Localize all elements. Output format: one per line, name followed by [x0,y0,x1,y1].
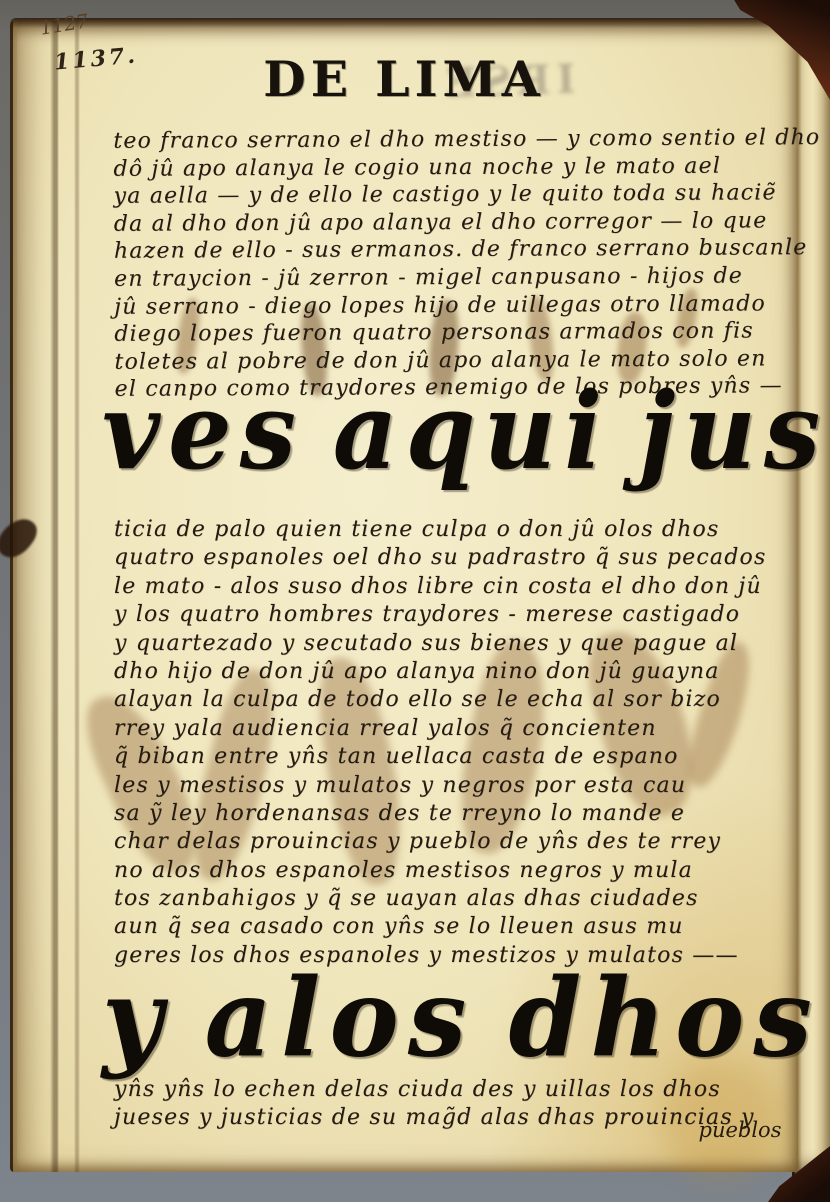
manuscript-line: quatro espanoles oel dho su padrastro q̃… [114,544,804,572]
manuscript-line: q̃ biban entre yn̂s tan uellaca casta de… [114,743,804,771]
page-top-edge-shadow [10,18,798,28]
manuscript-line: ya aella — y de ello le castigo y le qui… [114,179,804,210]
display-word-y-alos-dhos: y alos dhos [102,954,802,1082]
manuscript-line: y quartezado y secutado sus bienes y que… [114,630,804,658]
manuscript-line: en traycion - jû zerron - migel canpusan… [114,262,804,293]
manuscript-line: alayan la culpa de todo ello se le echa … [114,686,804,714]
page-title: DE LIMA [10,50,798,108]
manuscript-line: diego lopes fueron quatro personas armad… [114,317,804,348]
manuscript-line: ticia de palo quien tiene culpa o don jû… [114,516,804,544]
catchword: pueblos [665,1118,815,1142]
body-text-block-2: ticia de palo quien tiene culpa o don jû… [114,516,804,970]
manuscript-line: hazen de ello - sus ermanos. de franco s… [114,235,804,266]
manuscript-line: jû serrano - diego lopes hijo de uillega… [114,290,804,321]
manuscript-line: les y mestisos y mulatos y negros por es… [114,772,804,800]
manuscript-line: sa ỹ ley hordenansas des te rreyno lo ma… [114,800,804,828]
body-text-block-1: teo franco serrano el dho mestiso — y co… [113,124,804,404]
display-word-ves-aqui-jus: ves aqui jus [102,368,802,493]
manuscript-line: aun q̃ sea casado con yn̂s se lo lleuen … [114,913,804,941]
manuscript-scan: { "document": { "folio_number_top": "112… [0,0,830,1202]
manuscript-line: dho hijo de don jû apo alanya nino don j… [114,658,804,686]
manuscript-line: da al dho don jû apo alanya el dho corre… [114,207,804,238]
manuscript-line: yn̂s yn̂s lo echen delas ciuda des y uil… [114,1076,804,1104]
manuscript-line: no alos dhos espanoles mestisos negros y… [114,857,804,885]
manuscript-line: rrey yala audiencia rreal yalos q̃ conci… [114,715,804,743]
manuscript-line: le mato - alos suso dhos libre cin costa… [114,573,804,601]
manuscript-line: dô jû apo alanya le cogio una noche y le… [113,152,803,183]
manuscript-page: IRSE 1127 1137. DE LIMA teo franco serra… [10,20,798,1172]
manuscript-line: y los quatro hombres traydores - merese … [114,601,804,629]
manuscript-line: tos zanbahigos y q̃ se uayan alas dhas c… [114,885,804,913]
manuscript-line: char delas prouincias y pueblo de yn̂s d… [114,828,804,856]
manuscript-line: teo franco serrano el dho mestiso — y co… [113,124,803,155]
binding-gutter-lines [10,20,110,1172]
